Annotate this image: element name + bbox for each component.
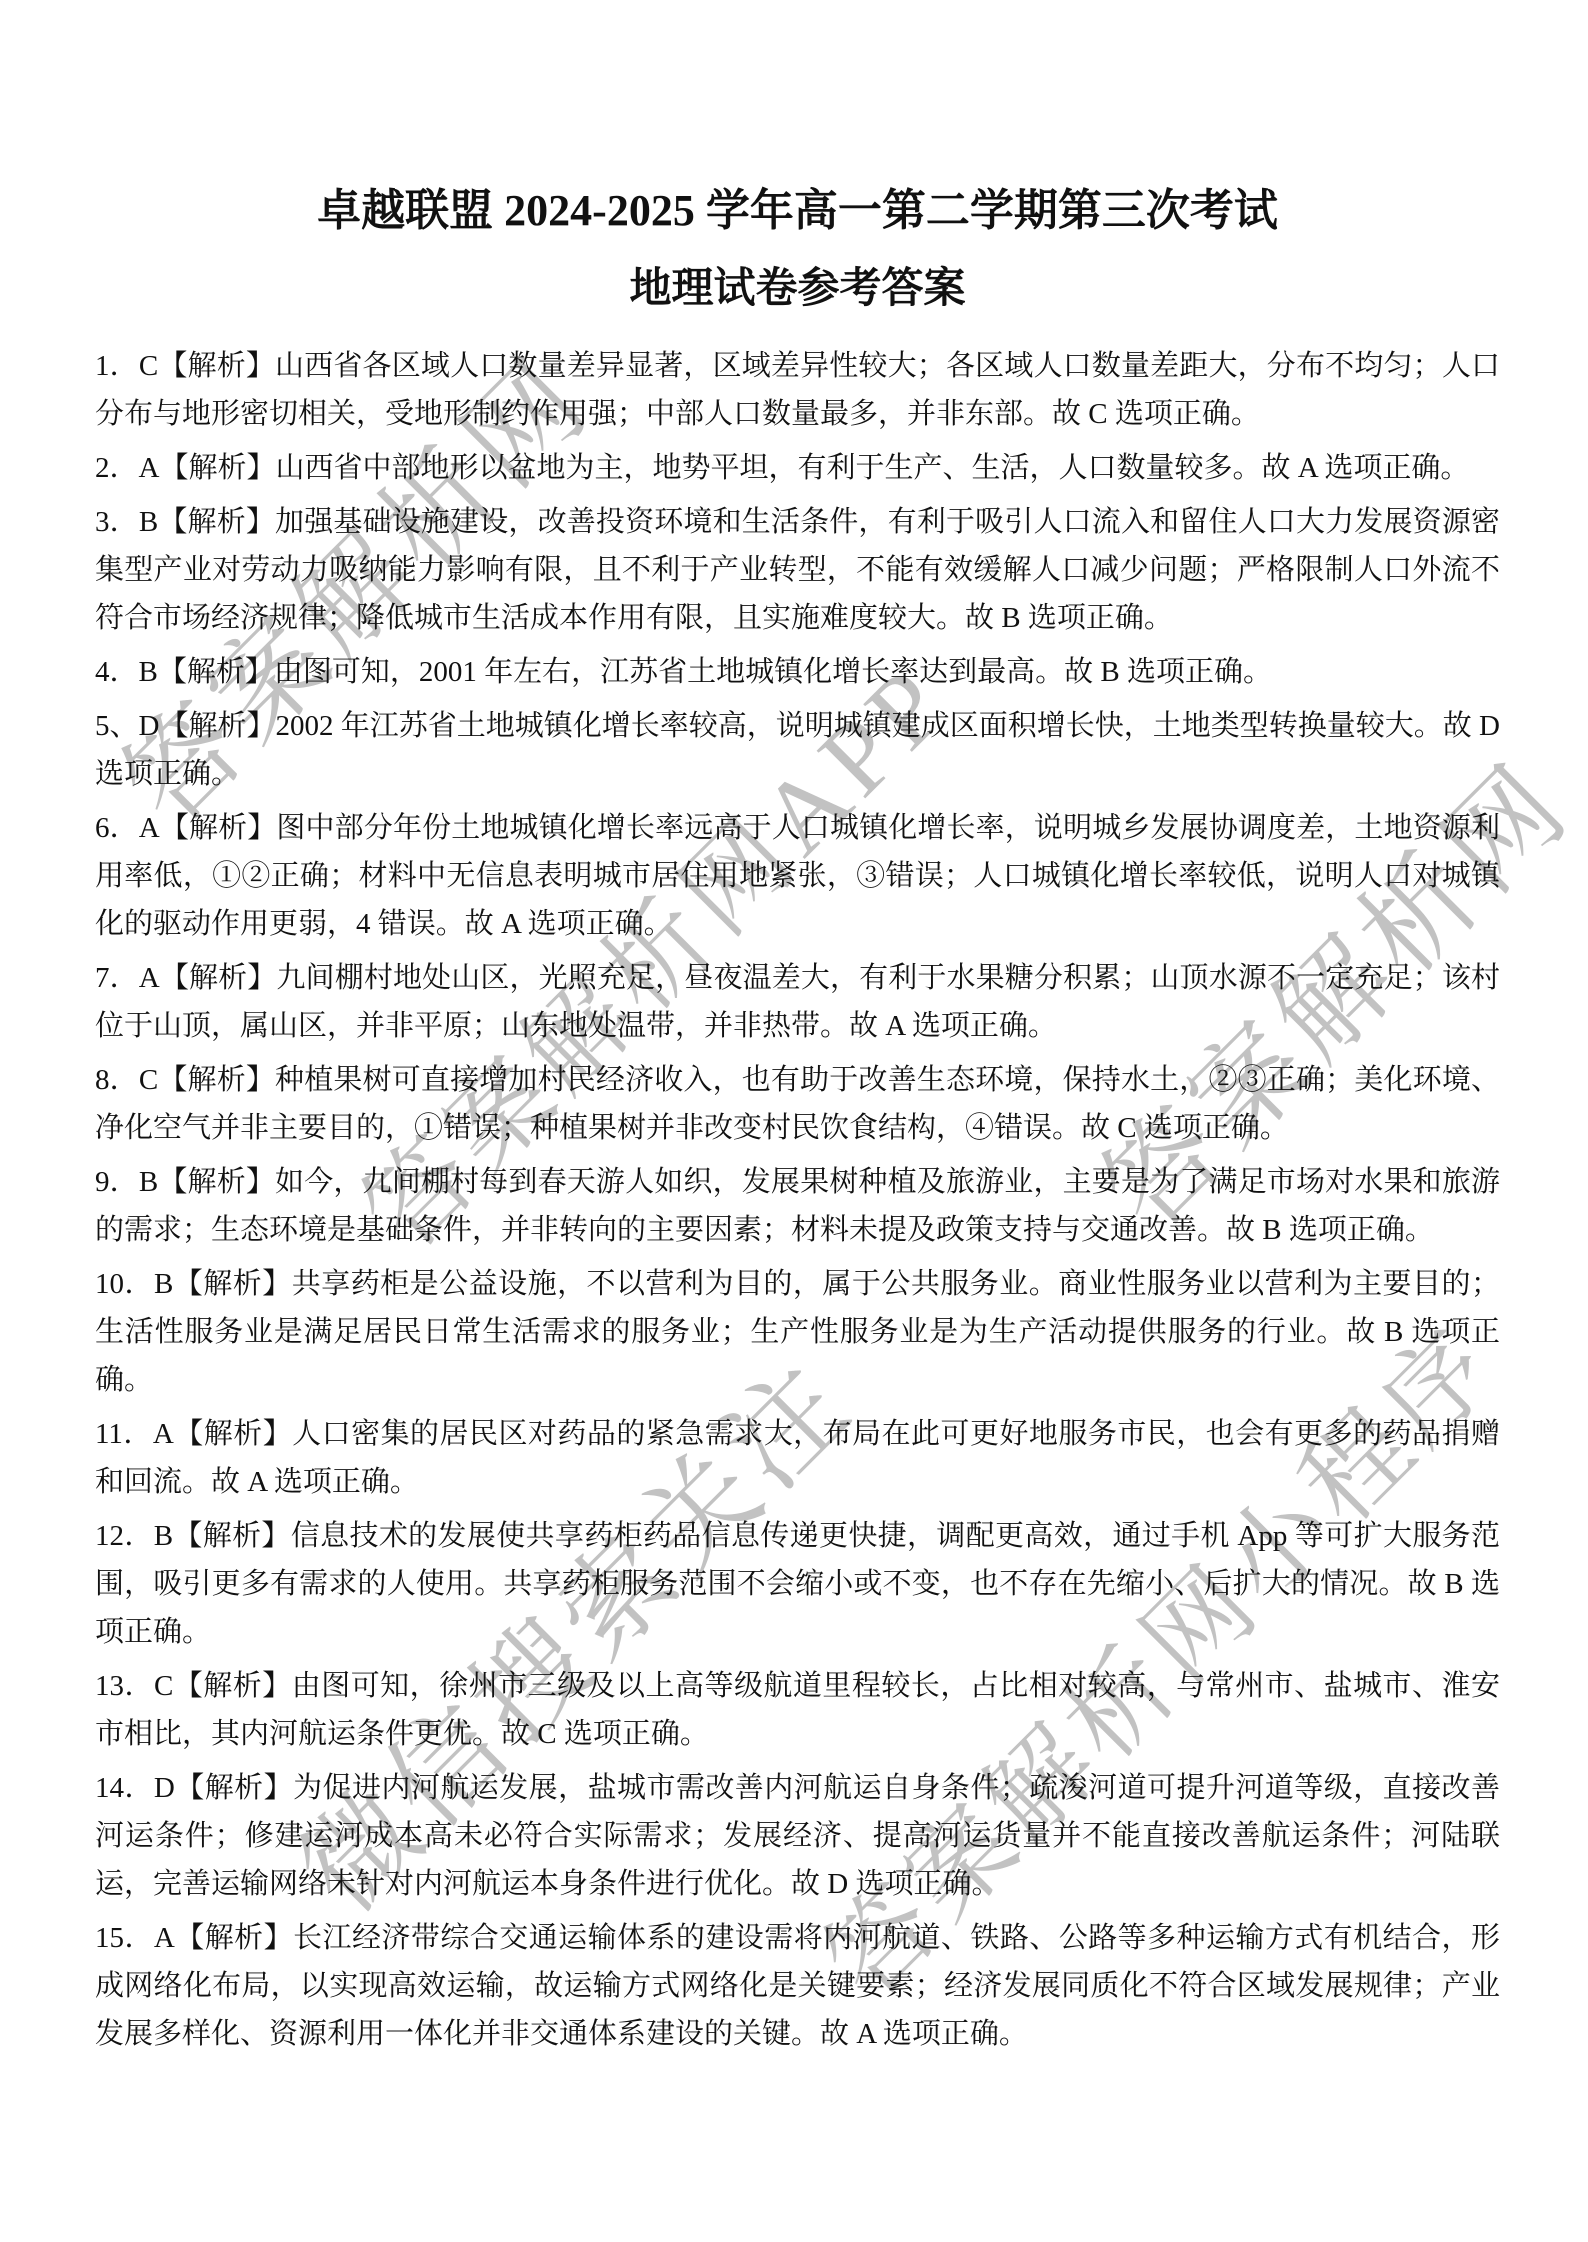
analysis-label: 【解析】 [160, 962, 277, 994]
answer-explanation: 为促进内河航运发展，盐城市需改善内河航运自身条件；疏浚河道可提升河道等级，直接改… [95, 1772, 1500, 1900]
answer-item: 11．A【解析】人口密集的居民区对药品的紧急需求大，布局在此可更好地服务市民，也… [95, 1410, 1500, 1506]
analysis-label: 【解析】 [159, 710, 275, 742]
answer-item: 7．A【解析】九间棚村地处山区，光照充足，昼夜温差大，有利于水果糖分积累；山顶水… [95, 954, 1500, 1050]
answer-number-choice: 7．A [95, 962, 160, 994]
answer-explanation: 山西省各区域人口数量差异显著，区域差异性较大；各区域人口数量差距大，分布不均匀；… [95, 350, 1500, 430]
answer-explanation: 如今，九间棚村每到春天游人如织，发展果树种植及旅游业，主要是为了满足市场对水果和… [95, 1166, 1500, 1246]
exam-title: 卓越联盟 2024-2025 学年高一第二学期第三次考试 [95, 186, 1500, 236]
answer-explanation: 共享药柜是公益设施，不以营利为目的，属于公共服务业。商业性服务业以营利为主要目的… [95, 1268, 1500, 1396]
answer-explanation: 人口密集的居民区对药品的紧急需求大，布局在此可更好地服务市民，也会有更多的药品捐… [95, 1418, 1500, 1498]
answer-item: 6．A【解析】图中部分年份土地城镇化增长率远高于人口城镇化增长率，说明城乡发展协… [95, 804, 1500, 948]
answer-explanation: 由图可知，徐州市三级及以上高等级航道里程较长，占比相对较高，与常州市、盐城市、淮… [95, 1670, 1500, 1750]
analysis-label: 【解析】 [158, 656, 274, 688]
answer-item: 4．B【解析】由图可知，2001 年左右，江苏省土地城镇化增长率达到最高。故 B… [95, 648, 1500, 696]
analysis-label: 【解析】 [175, 1772, 293, 1804]
document-content: 卓越联盟 2024-2025 学年高一第二学期第三次考试 地理试卷参考答案 1．… [0, 0, 1588, 2058]
answer-explanation: 图中部分年份土地城镇化增长率远高于人口城镇化增长率，说明城乡发展协调度差，土地资… [95, 812, 1500, 940]
answer-item: 14．D【解析】为促进内河航运发展，盐城市需改善内河航运自身条件；疏浚河道可提升… [95, 1764, 1500, 1908]
analysis-label: 【解析】 [159, 452, 275, 484]
analysis-label: 【解析】 [173, 1670, 291, 1702]
answer-number-choice: 12．B [95, 1520, 173, 1552]
answer-item: 5、D【解析】2002 年江苏省土地城镇化增长率较高，说明城镇建成区面积增长快，… [95, 702, 1500, 798]
answer-item: 9．B【解析】如今，九间棚村每到春天游人如织，发展果树种植及旅游业，主要是为了满… [95, 1158, 1500, 1254]
answer-item: 12．B【解析】信息技术的发展使共享药柜药品信息传递更快捷，调配更高效，通过手机… [95, 1512, 1500, 1656]
analysis-label: 【解析】 [175, 1922, 293, 1954]
answer-key-subtitle: 地理试卷参考答案 [95, 266, 1500, 312]
answer-number-choice: 1．C [95, 350, 158, 382]
analysis-label: 【解析】 [174, 1418, 292, 1450]
analysis-label: 【解析】 [158, 506, 275, 538]
answer-number-choice: 5、D [95, 710, 159, 742]
answer-sheet-page: 答案解析网 答案解析网APP 答案解析网 微信搜索关注 答案解析网小程序 卓越联… [0, 0, 1588, 2242]
answer-number-choice: 4．B [95, 656, 158, 688]
answers-list: 1．C【解析】山西省各区域人口数量差异显著，区域差异性较大；各区域人口数量差距大… [95, 342, 1500, 2058]
answer-explanation: 九间棚村地处山区，光照充足，昼夜温差大，有利于水果糖分积累；山顶水源不一定充足；… [95, 962, 1500, 1042]
answer-item: 8．C【解析】种植果树可直接增加村民经济收入，也有助于改善生态环境，保持水土，②… [95, 1056, 1500, 1152]
answer-number-choice: 15．A [95, 1922, 175, 1954]
answer-number-choice: 2．A [95, 452, 159, 484]
answer-number-choice: 14．D [95, 1772, 175, 1804]
analysis-label: 【解析】 [158, 1064, 275, 1096]
answer-explanation: 种植果树可直接增加村民经济收入，也有助于改善生态环境，保持水土，②③正确；美化环… [95, 1064, 1500, 1144]
analysis-label: 【解析】 [158, 1166, 275, 1198]
analysis-label: 【解析】 [173, 1520, 291, 1552]
answer-explanation: 2002 年江苏省土地城镇化增长率较高，说明城镇建成区面积增长快，土地类型转换量… [95, 710, 1500, 790]
answer-number-choice: 10．B [95, 1268, 173, 1300]
answer-item: 1．C【解析】山西省各区域人口数量差异显著，区域差异性较大；各区域人口数量差距大… [95, 342, 1500, 438]
answer-explanation: 信息技术的发展使共享药柜药品信息传递更快捷，调配更高效，通过手机 App 等可扩… [95, 1520, 1500, 1648]
answer-number-choice: 11．A [95, 1418, 174, 1450]
answer-explanation: 加强基础设施建设，改善投资环境和生活条件，有利于吸引人口流入和留住人口大力发展资… [95, 506, 1500, 634]
answer-explanation: 山西省中部地形以盆地为主，地势平坦，有利于生产、生活，人口数量较多。故 A 选项… [275, 452, 1469, 484]
answer-item: 15．A【解析】长江经济带综合交通运输体系的建设需将内河航道、铁路、公路等多种运… [95, 1914, 1500, 2058]
analysis-label: 【解析】 [160, 812, 277, 844]
analysis-label: 【解析】 [173, 1268, 291, 1300]
answer-item: 2．A【解析】山西省中部地形以盆地为主，地势平坦，有利于生产、生活，人口数量较多… [95, 444, 1500, 492]
answer-number-choice: 3．B [95, 506, 158, 538]
answer-explanation: 由图可知，2001 年左右，江苏省土地城镇化增长率达到最高。故 B 选项正确。 [274, 656, 1272, 688]
answer-item: 10．B【解析】共享药柜是公益设施，不以营利为目的，属于公共服务业。商业性服务业… [95, 1260, 1500, 1404]
answer-number-choice: 6．A [95, 812, 160, 844]
answer-number-choice: 8．C [95, 1064, 158, 1096]
answer-number-choice: 9．B [95, 1166, 158, 1198]
answer-explanation: 长江经济带综合交通运输体系的建设需将内河航道、铁路、公路等多种运输方式有机结合，… [95, 1922, 1500, 2050]
answer-number-choice: 13．C [95, 1670, 173, 1702]
analysis-label: 【解析】 [158, 350, 275, 382]
answer-item: 3．B【解析】加强基础设施建设，改善投资环境和生活条件，有利于吸引人口流入和留住… [95, 498, 1500, 642]
answer-item: 13．C【解析】由图可知，徐州市三级及以上高等级航道里程较长，占比相对较高，与常… [95, 1662, 1500, 1758]
